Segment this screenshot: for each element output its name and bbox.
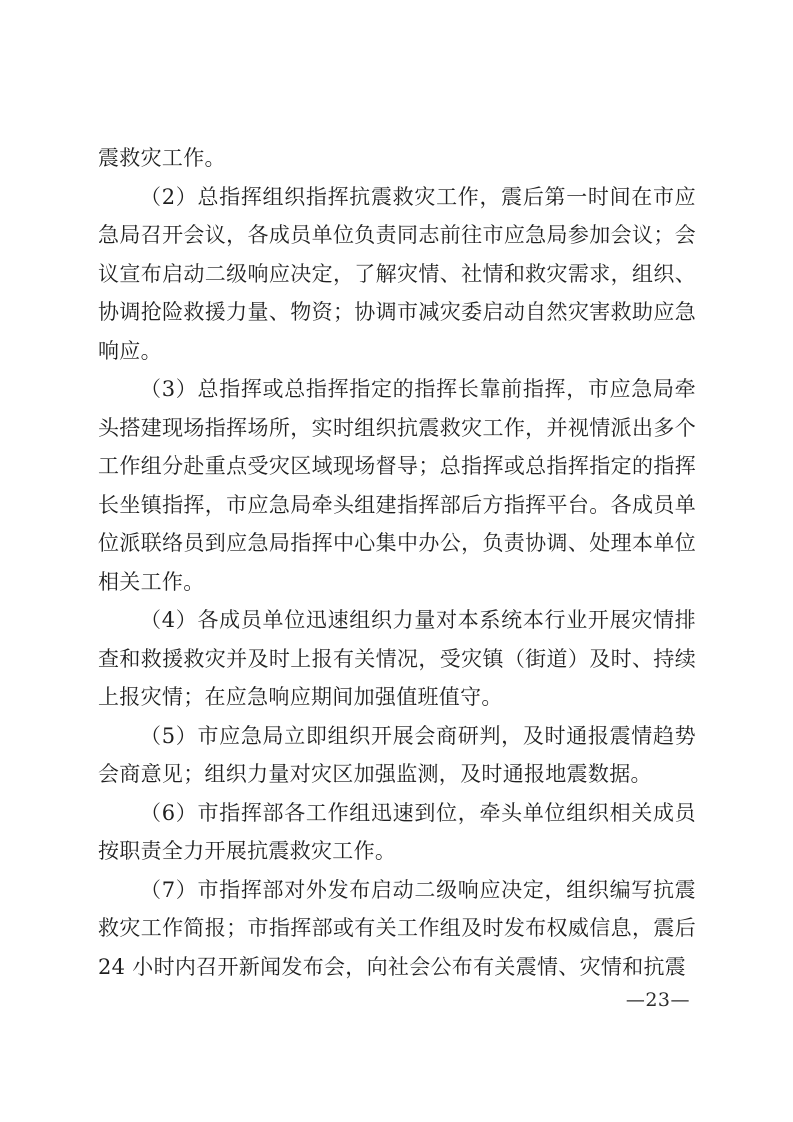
paragraph-item-3: （3）总指挥或总指挥指定的指挥长靠前指挥，市应急局牵头搭建现场指挥场所，实时组织… [98, 370, 696, 601]
paragraph-item-4: （4）各成员单位迅速组织力量对本系统本行业开展灾情排查和救援救灾并及时上报有关情… [98, 601, 696, 717]
page-number: —23— [626, 989, 690, 1011]
paragraph-continuation: 震救灾工作。 [98, 139, 696, 178]
paragraph-item-5: （5）市应急局立即组织开展会商研判，及时通报震情趋势会商意见；组织力量对灾区加强… [98, 717, 696, 794]
document-body: 震救灾工作。 （2）总指挥组织指挥抗震救灾工作，震后第一时间在市应急局召开会议，… [98, 139, 696, 986]
paragraph-item-6: （6）市指挥部各工作组迅速到位，牵头单位组织相关成员按职责全力开展抗震救灾工作。 [98, 794, 696, 871]
paragraph-item-2: （2）总指挥组织指挥抗震救灾工作，震后第一时间在市应急局召开会议，各成员单位负责… [98, 178, 696, 371]
document-page: 震救灾工作。 （2）总指挥组织指挥抗震救灾工作，震后第一时间在市应急局召开会议，… [0, 0, 793, 1122]
paragraph-item-7: （7）市指挥部对外发布启动二级响应决定，组织编写抗震救灾工作简报；市指挥部或有关… [98, 871, 696, 987]
